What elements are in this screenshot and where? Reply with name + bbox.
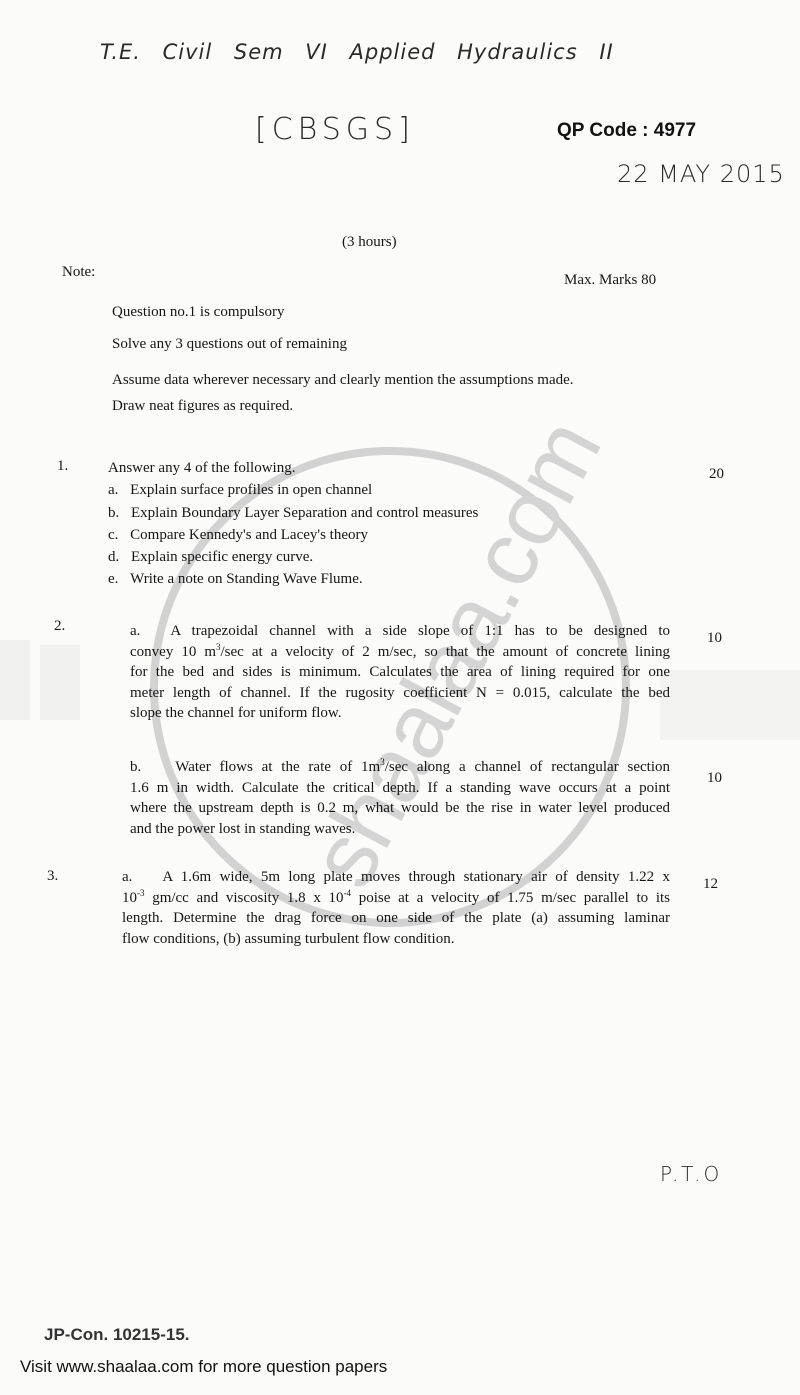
subpart-label: a. bbox=[130, 623, 140, 639]
item-label: d. bbox=[108, 549, 119, 565]
question-2b: b.Water flows at the rate of 1m3/sec alo… bbox=[130, 757, 670, 839]
pto-note: P.T.O bbox=[660, 1162, 722, 1186]
scheme-label: [CBSGS] bbox=[255, 112, 415, 147]
item-label: a. bbox=[108, 482, 118, 498]
qp-code: QP Code : 4977 bbox=[557, 120, 696, 142]
question-item: b. Explain Boundary Layer Separation and… bbox=[108, 505, 478, 522]
item-label: c. bbox=[108, 527, 118, 543]
subpart-label: b. bbox=[130, 759, 141, 775]
item-label: b. bbox=[108, 505, 119, 521]
max-marks: Max. Marks 80 bbox=[564, 268, 656, 292]
exam-duration: (3 hours) bbox=[342, 230, 397, 254]
handwritten-title: T.E. Civil Sem VI Applied Hydraulics II bbox=[100, 40, 614, 64]
question-number: 3. bbox=[47, 864, 58, 888]
question-3a: a.A 1.6m wide, 5m long plate moves throu… bbox=[122, 867, 670, 949]
item-text: Compare Kennedy's and Lacey's theory bbox=[130, 527, 368, 543]
paper-code: JP-Con. 10215-15. bbox=[44, 1325, 190, 1345]
question-2a: a.A trapezoidal channel with a side slop… bbox=[130, 621, 670, 724]
note-label: Note: bbox=[62, 260, 95, 284]
question-item: a. Explain surface profiles in open chan… bbox=[108, 482, 372, 499]
instruction: Assume data wherever necessary and clear… bbox=[112, 368, 574, 392]
question-marks: 12 bbox=[703, 876, 718, 893]
question-item: e. Write a note on Standing Wave Flume. bbox=[108, 571, 363, 588]
scan-artifact bbox=[40, 645, 80, 720]
question-marks: 20 bbox=[709, 466, 724, 483]
instruction: Draw neat figures as required. bbox=[112, 394, 293, 418]
subpart-label: a. bbox=[122, 869, 132, 885]
question-number: 1. bbox=[57, 454, 68, 478]
item-text: Explain surface profiles in open channel bbox=[130, 482, 372, 498]
date-stamp: 22 MAY 2015 bbox=[617, 160, 785, 188]
scan-artifact bbox=[660, 670, 800, 740]
item-text: Explain Boundary Layer Separation and co… bbox=[131, 505, 478, 521]
question-number: 2. bbox=[54, 614, 65, 638]
question-marks: 10 bbox=[707, 770, 722, 787]
scan-artifact bbox=[0, 640, 30, 720]
question-item: d. Explain specific energy curve. bbox=[108, 549, 313, 566]
item-text: Write a note on Standing Wave Flume. bbox=[130, 571, 362, 587]
item-text: Explain specific energy curve. bbox=[131, 549, 313, 565]
question-marks: 10 bbox=[707, 630, 722, 647]
item-label: e. bbox=[108, 571, 118, 587]
instruction: Solve any 3 questions out of remaining bbox=[112, 332, 347, 356]
question-item: c. Compare Kennedy's and Lacey's theory bbox=[108, 527, 368, 544]
visit-link[interactable]: Visit www.shaalaa.com for more question … bbox=[20, 1357, 387, 1377]
instruction: Question no.1 is compulsory bbox=[112, 300, 285, 324]
question-stem: Answer any 4 of the following. bbox=[108, 456, 295, 480]
